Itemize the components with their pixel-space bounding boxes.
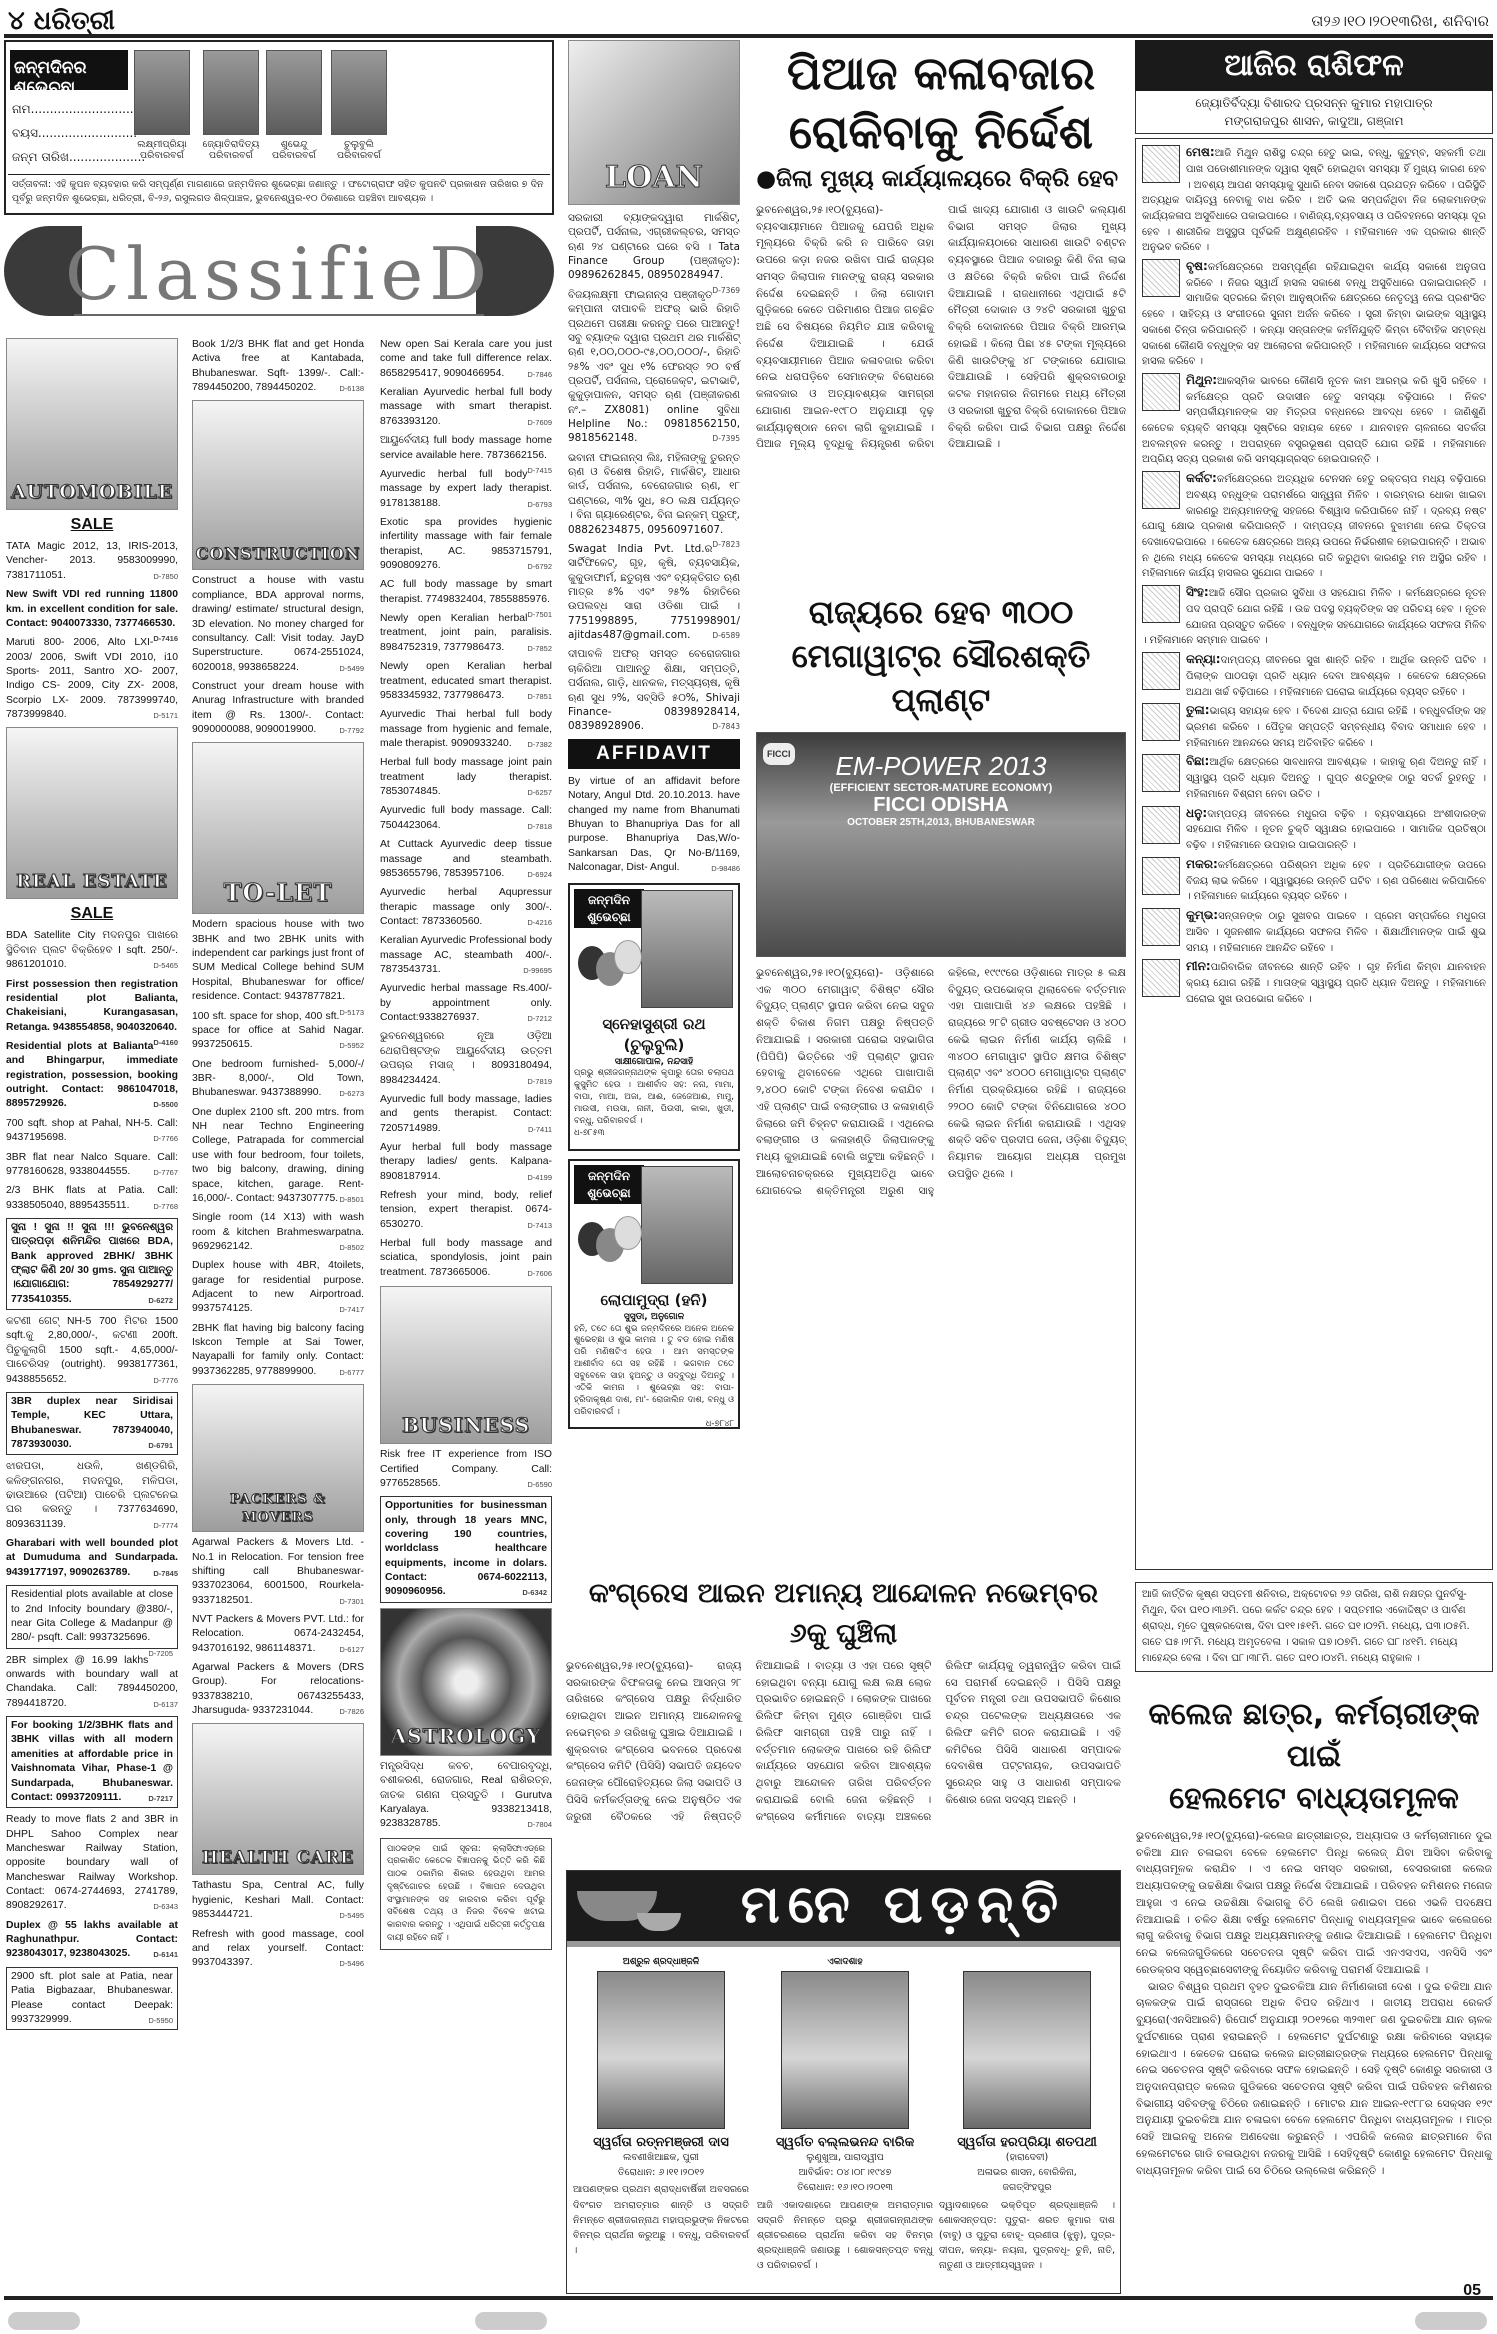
balloons-icon: [574, 932, 734, 1002]
sign-name: ବିଛା:: [1186, 754, 1209, 768]
photo-banner-sub: (EFFICIENT SECTOR-MATURE ECONOMY): [757, 782, 1125, 794]
ad-text: Tathastu Spa, Central AC, fully hygienic…: [192, 1880, 364, 1920]
sale-subhead: SALE: [6, 903, 178, 925]
banner-underline: [74, 314, 484, 316]
ad-code: D-7826: [339, 1707, 364, 1717]
scrollbar-thumb[interactable]: [1415, 2312, 1487, 2330]
horoscope-body: ମେଷ:ଆଜି ମିଥୁନ ରାଶିସ୍ଥ ଚନ୍ଦ୍ର ହେତୁ ଭାଇ, ବ…: [1135, 138, 1493, 1570]
ad-text: NVT Packers & Movers PVT. Ltd.: for Relo…: [192, 1614, 364, 1654]
classified-ad: ବିଜୟଲକ୍ଷ୍ମୀ ଫାଇନାନ୍ସ ପଞ୍ଜୀକୃତ କମ୍ପାନୀ ଦୀ…: [568, 288, 740, 446]
horoscope-sign: ବୃଷ:କର୍ମକ୍ଷେତ୍ରରେ ଅସମ୍ପୂର୍ଣ୍ଣ ରହିଯାଇଥିବା…: [1142, 257, 1486, 370]
obituary-card: ଅଶ୍ରୁଳ ଶ୍ରଦ୍ଧାଞ୍ଜଳି ସ୍ୱର୍ଗତା ରତ୍ନମଞ୍ଜରୀ …: [573, 1957, 749, 2258]
sign-text: ପାରିବାରିକ ଜୀବନରେ ଶାନ୍ତି ରହିବ । ଗୃହ ନିର୍ମ…: [1186, 962, 1486, 1005]
ad-code: D-6590: [527, 1480, 552, 1490]
sign-text: ଆର୍ଥିକ କ୍ଷେତ୍ରରେ ସାବଧାନତା ଆବଶ୍ୟକ । କାହାକ…: [1186, 757, 1486, 800]
ad-code: D-5952: [339, 1041, 364, 1051]
ad-text: Gharabari with well bounded plot at Dumu…: [6, 1538, 178, 1578]
horoscope-sign: ମୀନ:ପାରିବାରିକ ଜୀବନରେ ଶାନ୍ତି ରହିବ । ଗୃହ ନ…: [1142, 957, 1486, 1007]
obituary-photo: [781, 1971, 909, 2129]
sign-name: ବୃଷ:: [1186, 259, 1208, 273]
obituary-section: ମନେ ପଡ଼ନ୍ତି ଅଶ୍ରୁଳ ଶ୍ରଦ୍ଧାଞ୍ଜଳି ସ୍ୱର୍ଗତା…: [566, 1870, 1121, 2294]
congress-story-body: ଭୁବନେଶ୍ୱର,୨୫।୧୦(ବ୍ୟୁରୋ)- ରାଜ୍ୟ ସରକାରଙ୍କ …: [566, 1658, 1121, 1896]
classified-ad: କଟଣୀ ଗେଟ୍ NH-5 700 ମିଟର 1500 sqft.କୁ 2,8…: [6, 1315, 178, 1387]
ad-text: Risk free IT experience from ISO Certifi…: [380, 1449, 552, 1489]
construction-category-image: CONSTRUCTION: [192, 400, 364, 570]
health-care-ads: Tathastu Spa, Central AC, fully hygienic…: [192, 1879, 364, 1970]
sign-text: କର୍ମକ୍ଷେତ୍ରରେ ଅତ୍ୟଧିକ ଟେନସନ ହେତୁ ରକ୍ତଚାପ…: [1142, 474, 1486, 579]
horoscope-section: ଆଜିର ରାଶିଫଳ ଜ୍ୟୋତିର୍ବିଦ୍ୟା ବିଶାରଦ ପ୍ରସନ୍…: [1135, 40, 1493, 1570]
obituary-detail: ଜଗତ୍‌ସିଂହପୁର: [939, 2180, 1115, 2195]
classified-column-2: Book 1/2/3 BHK flat and get Honda Activa…: [192, 338, 364, 1976]
ad-code: D-7852: [527, 644, 552, 654]
obituary-name: ସ୍ୱର୍ଗତା ରତ୍ନମଞ୍ଜରୀ ଦାସ: [573, 2135, 749, 2150]
helmet-story-body-2: ଭାରତ ବିଶ୍ୱର ପ୍ରଥମ ବୃହତ ଦୁଇଚକିଆ ଯାନ ନିର୍ମ…: [1136, 1979, 1492, 2180]
category-label: HEALTH CARE: [193, 1847, 363, 1870]
birthday-ad-title: ଜନ୍ମଦିନ ଶୁଭେଚ୍ଛା: [574, 889, 644, 928]
classified-ad: 100 sft. space for shop, 400 sft. space …: [192, 1010, 364, 1053]
obituary-detail: ଲବଣୀଖିଆଛକ, ପୁରୀ: [573, 2150, 749, 2165]
ad-code: D-5499: [339, 664, 364, 674]
solar-headline-line1: ରାଜ୍ୟରେ ହେବ ୩୦୦: [756, 590, 1126, 634]
horoscope-sign: ଧନୁ:ଦାମ୍ପତ୍ୟ ଜୀବନରେ ମଧୁରତା ବଢ଼ିବ । ବ୍ୟବସ…: [1142, 804, 1486, 854]
photo-banner-date: OCTOBER 25TH,2013, BHUBANESWAR: [757, 817, 1125, 828]
ad-text: BDA Satellite City ମଦନପୁର ପାଖରେ ସ୍ଥିତିବା…: [6, 930, 178, 970]
business-ads: Risk free IT experience from ISO Certifi…: [380, 1448, 552, 1603]
classified-ad: For booking 1/2/3BHK flats and 3BHK vill…: [6, 1716, 178, 1808]
classified-ad: Residential plots available at close to …: [6, 1585, 178, 1648]
ad-code: ଧ-୭୮୫୩: [574, 1128, 734, 1140]
classified-ad: New Swift VDI red running 11800 km. in e…: [6, 588, 178, 631]
ad-text: For booking 1/2/3BHK flats and 3BHK vill…: [11, 1720, 173, 1803]
balloons-icon: [574, 1208, 734, 1278]
ad-code: D-7776: [153, 1376, 178, 1386]
classified-ad: Duplex house with 4BR, 4toilets, garage …: [192, 1259, 364, 1316]
ad-text: ବିଜୟଲକ୍ଷ୍ମୀ ଫାଇନାନ୍ସ ପଞ୍ଜୀକୃତ କମ୍ପାନୀ ଦୀ…: [568, 289, 740, 445]
obituary-card: ଏକାଦଶାହ ସ୍ୱର୍ଗତ ବଲ୍ଲଭନନ୍ଦ ବାରିକ ଲୁଣୁଖୁଆ,…: [757, 1957, 933, 2274]
child-family: ପରିବାରବର୍ଗ: [331, 150, 387, 161]
category-label: AUTOMOBILE: [7, 479, 177, 505]
ad-text: 2BHK flat having big balcony facing Iskc…: [192, 1323, 364, 1377]
ad-code: D-6589: [712, 631, 740, 641]
zodiac-sign-icon: [1142, 259, 1180, 297]
ad-code: D-7846: [527, 370, 552, 380]
solar-story: ରାଜ୍ୟରେ ହେବ ୩୦୦ ମେଗାୱାଟ୍‌ର ସୌରଶକ୍ତି ପ୍ଲା…: [756, 590, 1126, 1435]
ad-code: D-6137: [153, 1700, 178, 1710]
classified-ad: Duplex @ 55 lakhs available at Raghunath…: [6, 1919, 178, 1962]
classified-ad: BDA Satellite City ମଦନପୁର ପାଖରେ ସ୍ଥିତିବା…: [6, 929, 178, 972]
author-name: ଜ୍ୟୋତିର୍ବିଦ୍ୟା ବିଶାରଦ ପ୍ରସନ୍ନ କୁମାର ମହାପ…: [1136, 94, 1492, 112]
classified-ad: ଆୟୁର୍ବେଦୀୟ full body massage home servic…: [380, 434, 552, 463]
ad-text: 700 sqft. shop at Pahal, NH-5. Call: 943…: [6, 1118, 178, 1143]
ad-text: Swagat India Pvt. Ltd.ର ସାର୍ଟିଫିକେଟ୍, ଗୃ…: [568, 543, 740, 641]
obituary-photo: [963, 1971, 1091, 2129]
horoscope-sign: କନ୍ୟା:ଦାମ୍ପତ୍ୟ ଜୀବନରେ ସୁଖ ଶାନ୍ତି ରହିବ । …: [1142, 650, 1486, 700]
classified-ad: Ayurvedic herbal Aqupressur therapic mas…: [380, 886, 552, 929]
child-photo-card: ଚୁଲୁବୁଲିପରିବାରବର୍ଗ: [331, 50, 387, 161]
child-photo-card: ଜ୍ୟୋତିରାଦିତ୍ୟପରିବାରବର୍ଗ: [200, 50, 262, 161]
ad-text: 3BR flat near Nalco Square. Call: 977816…: [6, 1152, 178, 1177]
ad-code: D-5173: [339, 1008, 364, 1018]
ad-text: Ayurvedic full body massage, ladies and …: [380, 1094, 552, 1134]
ad-text: 2BR simplex @ 16.99 lakhs onwards with b…: [6, 1655, 178, 1709]
ad-code: D-7415: [527, 466, 552, 476]
horoscope-sign: ତୁଳା:ଭାଗ୍ୟ ସହାୟକ ହେବ । ବିଦେଶ ଯାତ୍ରା ଯୋଗ …: [1142, 701, 1486, 751]
classified-ad: Modern spacious house with two 3BHK and …: [192, 918, 364, 1004]
ad-text: Agarwal Packers & Movers (DRS Group). Fo…: [192, 1662, 364, 1716]
classified-ad: 700 sqft. shop at Pahal, NH-5. Call: 943…: [6, 1117, 178, 1146]
classified-title: ClassifieD: [54, 230, 504, 318]
sign-name: ସିଂହ:: [1186, 585, 1209, 599]
scrollbar-thumb[interactable]: [475, 2312, 547, 2330]
sign-text: ଭାଗ୍ୟ ସହାୟକ ହେବ । ବିଦେଶ ଯାତ୍ରା ଯୋଗ ରହିଛି…: [1186, 706, 1486, 749]
ad-text: By virtue of an affidavit before Notary,…: [568, 776, 740, 873]
obituary-message: ଦ୍ୱାଦଶାହରେ ଭକ୍ତିପୂତ ଶ୍ରଦ୍ଧାଞ୍ଜଳି । ଶୋକସନ…: [939, 2198, 1115, 2274]
ad-text: Agarwal Packers & Movers Ltd. - No.1 in …: [192, 1537, 364, 1605]
classified-ad: At Cuttack Ayurvedic deep tissue massage…: [380, 838, 552, 881]
header-rule: [4, 34, 1493, 38]
child-photo: [203, 50, 259, 135]
ad-code: D-7767: [153, 1168, 178, 1178]
ad-code: D-7792: [339, 726, 364, 736]
ad-text: Exotic spa provides hygienic infertility…: [380, 517, 552, 571]
category-label: PACKERS & MOVERS: [193, 1491, 363, 1527]
astrology-category-image: ASTROLOGY: [380, 1608, 552, 1756]
lead-subhead: ●ଜିଲା ମୁଖ୍ୟ କାର୍ଯ୍ୟାଳୟରେ ବିକ୍ରି ହେବ: [756, 162, 1126, 196]
child-photo: [331, 50, 387, 135]
ad-code: ଧ-୭୮୪୮: [574, 1419, 734, 1431]
ad-text: Duplex house with 4BR, 4toilets, garage …: [192, 1260, 364, 1314]
zodiac-sign-icon: [1142, 908, 1180, 946]
obituary-detail: ଅଳାଭର ଶାସନ, ବୋରିକିନା,: [939, 2165, 1115, 2180]
ad-code: D-5950: [148, 2016, 173, 2026]
ad-code: D-6777: [339, 1368, 364, 1378]
classified-ad: 2BHK flat having big balcony facing Iskc…: [192, 1322, 364, 1379]
ad-text: Ayurvedic herbal full body massage by ex…: [380, 469, 552, 509]
ad-text: ସରକାରୀ ବ୍ୟାଙ୍କଦ୍ୱାରା ମାର୍କଶିଟ୍, ପ୍ରପର୍ଟି…: [568, 212, 740, 281]
zodiac-sign-icon: [1142, 703, 1180, 741]
ad-text: Newly open Keralian herbal treatment, ed…: [380, 661, 552, 701]
child-photo: [134, 50, 190, 135]
birthday-place: ସାକ୍ଷୀଗୋପାଳ, ନନ୍ଦସାହି: [574, 1056, 734, 1068]
affidavit-header: AFFIDAVIT: [568, 739, 740, 769]
classified-ad: ଝାରପଡା, ଧଉଳି, ଖଣ୍ଡଗିରି, କଳିଙ୍ଗନଗର, ମଦନପୁ…: [6, 1460, 178, 1532]
ad-code: D-7205: [148, 1649, 173, 1659]
ad-code: D-7301: [339, 1597, 364, 1607]
ad-text: Book 1/2/3 BHK flat and get Honda Activa…: [192, 339, 364, 393]
sign-name: କର୍କଟ:: [1186, 471, 1217, 485]
classified-ad: Tathastu Spa, Central AC, fully hygienic…: [192, 1879, 364, 1922]
obituary-caption: ଅଶ୍ରୁଳ ଶ୍ରଦ୍ଧାଞ୍ଜଳି: [573, 1957, 749, 1971]
zodiac-sign-icon: [1142, 585, 1180, 623]
ad-code: D-6792: [527, 562, 552, 572]
congress-story: କଂଗ୍ରେସ ଆଇନ ଅମାନ୍ୟ ଆନ୍ଦୋଳନ ନଭେମ୍ବର ୬କୁ ଘ…: [566, 1574, 1121, 1896]
classified-ad: Ayur herbal full body massage therapy la…: [380, 1141, 552, 1184]
ad-code: D-7606: [527, 1269, 552, 1279]
horoscope-sign: ସିଂହ:ଆଜି ସୌର ପ୍ରକାର ସୁବିଧା ଓ ସହଯୋଗ ମିଳିବ…: [1142, 583, 1486, 649]
birthday-name: ଲୋପାମୁଦ୍ରା (ହନି): [574, 1290, 734, 1311]
classified-ad: Agarwal Packers & Movers (DRS Group). Fo…: [192, 1661, 364, 1718]
obituary-detail: ଲୁଣୁଖୁଆ, ପାରାଦ୍ୱୀପ: [757, 2150, 933, 2165]
real-estate-ads: BDA Satellite City ମଦନପୁର ପାଖରେ ସ୍ଥିତିବା…: [6, 929, 178, 2030]
child-photo-card: ଲକ୍ଷ୍ମୀପ୍ରିୟାପରିବାରବର୍ଗ: [134, 50, 190, 161]
ad-code: D-7395: [712, 434, 740, 444]
classified-ad: Residential plots at Balianta and Bhinga…: [6, 1040, 178, 1112]
photo-banner-org: FICCI ODISHA: [757, 794, 1125, 817]
category-label: BUSINESS: [381, 1412, 551, 1440]
ad-text: Modern spacious house with two 3BHK and …: [192, 919, 364, 1002]
category-label: CONSTRUCTION: [193, 543, 363, 565]
ad-text: First possession then registration resid…: [6, 979, 178, 1033]
coupon-title: ଜନ୍ମଦିନର ଶୁଭେଚ୍ଛା: [10, 50, 128, 90]
ad-text: Residential plots available at close to …: [11, 1589, 173, 1643]
ficci-logo: FICCI: [763, 743, 795, 765]
classified-ad: Refresh with good massage, cool and rela…: [192, 1928, 364, 1971]
ad-code: D-4160: [153, 1038, 178, 1048]
zodiac-sign-icon: [1142, 373, 1180, 411]
horoscope-sign: କୁମ୍ଭ:ସନ୍ତାନଙ୍କ ଠାରୁ ସୁଖବର ପାଇବେ । ପ୍ରେମ…: [1142, 906, 1486, 956]
classified-ad: Exotic spa provides hygienic infertility…: [380, 516, 552, 573]
to-let-ads: Modern spacious house with two 3BHK and …: [192, 918, 364, 1379]
horoscope-sign: ମେଷ:ଆଜି ମିଥୁନ ରାଶିସ୍ଥ ଚନ୍ଦ୍ର ହେତୁ ଭାଇ, ବ…: [1142, 143, 1486, 256]
ad-text: Refresh with good massage, cool and rela…: [192, 1929, 364, 1969]
business-category-image: BUSINESS: [380, 1286, 552, 1444]
ad-text: Single room (14 X13) with wash room & ki…: [192, 1212, 364, 1252]
ad-code: D-6273: [339, 1089, 364, 1099]
page-header: ୪ ଧରିତ୍ରୀ ତା୨୬।୧୦।୨୦୧୩ରିଖ, ଶନିବାର: [8, 6, 1489, 36]
classified-ad: One duplex 2100 sft. 200 mtrs. from NH n…: [192, 1106, 364, 1207]
ad-code: D-7766: [153, 1134, 178, 1144]
child-photo: [266, 50, 322, 135]
affidavit-ad: By virtue of an affidavit before Notary,…: [568, 775, 740, 876]
ad-text: Ayurvedic Thai herbal full body massage …: [380, 709, 552, 749]
classified-ad: Book 1/2/3 BHK flat and get Honda Activa…: [192, 338, 364, 395]
ad-code: D-7850: [153, 572, 178, 582]
sign-text: ଦାମ୍ପତ୍ୟ ଜୀବନରେ ସୁଖ ଶାନ୍ତି ରହିବ । ଆର୍ଥିକ…: [1186, 655, 1486, 698]
ad-code: D-8501: [339, 1195, 364, 1205]
ad-text: Ayurvedic herbal massage Rs.400/- by app…: [380, 983, 552, 1023]
child-name: ଶୁଭେନ୍ଦୁ: [266, 139, 322, 150]
category-label: REAL ESTATE: [7, 870, 177, 895]
ad-code: D-7416: [153, 634, 178, 644]
ad-code: D-6791: [148, 1441, 173, 1451]
author-address: ମଙ୍ଗରାଜପୁର ଶାସନ, କାଦୁଆ, ଗଞ୍ଜାମ: [1136, 112, 1492, 130]
automobile-category-image: AUTOMOBILE: [6, 338, 178, 510]
classified-ad: Ayurvedic full body massage, ladies and …: [380, 1093, 552, 1136]
congress-headline: କଂଗ୍ରେସ ଆଇନ ଅମାନ୍ୟ ଆନ୍ଦୋଳନ ନଭେମ୍ବର ୬କୁ ଘ…: [566, 1574, 1121, 1654]
helmet-headline-line1: କଲେଜ ଛାତ୍ର, କର୍ମଚାରୀଙ୍କ ପାଇଁ: [1136, 1694, 1492, 1778]
birthday-name: ସ୍ନେହାସୁଶ୍ରୀ ରଥ (ଚୁଲୁବୁଲି): [574, 1014, 734, 1055]
ad-text: New open Sai Kerala care you just come a…: [380, 339, 552, 379]
astrology-ads: ମନ୍ତ୍ରସିଦ୍ଧ କବଚ, ବେପାରବୃଦ୍ଧି, ବଶୀକରଣ, ରୋ…: [380, 1760, 552, 1832]
ad-code: D-98486: [711, 864, 740, 874]
obituary-message: ଆପଣଙ୍କର ପ୍ରଥମ ଶ୍ରାଦ୍ଧବାର୍ଷିକୀ ଅବସରରେ ଦିବ…: [573, 2182, 749, 2258]
obituary-name: ସ୍ୱର୍ଗତ ବଲ୍ଲଭନନ୍ଦ ବାରିକ: [757, 2135, 933, 2150]
sign-name: ଧନୁ:: [1186, 806, 1207, 820]
construction-ads: Construct a house with vastu compliance,…: [192, 574, 364, 737]
birthday-message: ପ୍ରଭୁ ଶ୍ରୀଜଗନ୍ନାଥଙ୍କ କୃପାରୁ ତୋର ଚଲାପଥ କୁ…: [574, 1068, 734, 1127]
ad-code: D-7411: [528, 1125, 552, 1135]
classified-banner: ClassifieD: [4, 220, 554, 320]
packers-category-image: PACKERS & MOVERS: [192, 1384, 364, 1532]
obituary-banner: ମନେ ପଡ଼ନ୍ତି: [567, 1871, 1120, 1947]
packers-ads: Agarwal Packers & Movers Ltd. - No.1 in …: [192, 1536, 364, 1718]
classified-ad: Newly open Keralian herbal treatment, ed…: [380, 660, 552, 703]
sign-name: ମିଥୁନ:: [1186, 373, 1217, 387]
sign-name: ମୀନ:: [1186, 959, 1211, 973]
ad-code: D-6257: [527, 788, 552, 798]
ad-code: D-6793: [527, 500, 552, 510]
ad-text: Ayurvedic herbal Aqupressur therapic mas…: [380, 887, 552, 927]
helmet-headline-line2: ହେଲମେଟ ବାଧ୍ୟତାମୂଳକ: [1136, 1778, 1492, 1820]
ad-text: ଭବାନୀ ଫାଇନାନ୍ସ ଲିଃ, ମହିଳାଙ୍କୁ ତୁରନ୍ତ ଋଣ …: [568, 452, 740, 536]
classified-ad: Newly open Keralian herbal treatment, jo…: [380, 612, 552, 655]
ad-text: 100 sft. space for shop, 400 sft. space …: [192, 1011, 364, 1051]
ad-text: କଟଣୀ ଗେଟ୍ NH-5 700 ମିଟର 1500 sqft.କୁ 2,8…: [6, 1316, 178, 1384]
ad-text: New Swift VDI red running 11800 km. in e…: [6, 589, 178, 629]
classified-ad: Gharabari with well bounded plot at Dumu…: [6, 1537, 178, 1580]
ad-code: D-5496: [339, 1959, 364, 1969]
ad-text: ଆୟୁର୍ବେଦୀୟ full body massage home servic…: [380, 435, 552, 460]
ad-text: One bedroom furnished- 5,000/-/ 3BR- 8,0…: [192, 1059, 364, 1099]
diya-lamp-icon: [637, 1913, 681, 1931]
ad-code: D-7369: [712, 286, 740, 296]
ad-code: D-6127: [339, 1645, 364, 1655]
ad-code: D-7768: [153, 1202, 178, 1212]
ad-text: ସୁନା ! ସୁନା !! ସୁନା !!! ଭୁବନେଶ୍ୱର ପାତ୍ରପ…: [11, 1222, 173, 1305]
loan-ads: ସରକାରୀ ବ୍ୟାଙ୍କଦ୍ୱାରା ମାର୍କଶିଟ୍, ପ୍ରପର୍ଟି…: [568, 211, 740, 734]
ad-code: D-4216: [527, 918, 552, 928]
ad-text: ଝାରପଡା, ଧଉଳି, ଖଣ୍ଡଗିରି, କଳିଙ୍ଗନଗର, ମଦନପୁ…: [6, 1461, 178, 1529]
flat-ads: Book 1/2/3 BHK flat and get Honda Activa…: [192, 338, 364, 395]
almanac-box: ଆଜି କାର୍ତ୍ତିକ କୃଷ୍ଣ ସପ୍ତମୀ ଶନିବାର, ଅକ୍ଟୋ…: [1135, 1582, 1493, 1672]
ad-code: D-5500: [153, 1100, 178, 1110]
ad-text: Opportunities for businessman only, thro…: [385, 1500, 547, 1597]
ad-code: D-7804: [527, 1820, 552, 1830]
ad-code: D-7382: [527, 740, 552, 750]
ad-text: At Cuttack Ayurvedic deep tissue massage…: [380, 839, 552, 879]
ad-text: 2/3 BHK flats at Patia. Call: 9338505040…: [6, 1185, 178, 1210]
birthday-ad: ଜନ୍ମଦିନ ଶୁଭେଚ୍ଛା ଲୋପାମୁଦ୍ରା (ହନି) ସୁସୁଡା…: [568, 1159, 740, 1429]
classified-ad: Ayurvedic full body massage. Call: 75044…: [380, 804, 552, 833]
ad-text: Herbal full body massage and sciatica, s…: [380, 1238, 552, 1278]
obituary-photo: [597, 1971, 725, 2129]
obituary-card: ସ୍ୱର୍ଗତା ହରପ୍ରିୟା ଶତପଥୀ (ହାରାଦେବୀ) ଅଳାଭର…: [939, 1957, 1115, 2274]
page-number-label: ୪ ଧରିତ୍ରୀ: [8, 6, 115, 36]
classified-ad: Construct a house with vastu compliance,…: [192, 574, 364, 675]
ad-code: D-5465: [153, 961, 178, 971]
to-let-category-image: TO-LET: [192, 742, 364, 914]
birthday-message: ହନି, ତତେ ତୋ ଶୁଭ ଜନ୍ମଦିନରେ ଅନେକ ଅନେକ ଶୁଭେ…: [574, 1324, 734, 1419]
ad-code: D-7845: [153, 1569, 178, 1579]
classified-ad: 3BR flat near Nalco Square. Call: 977816…: [6, 1151, 178, 1180]
classified-ad: Agarwal Packers & Movers Ltd. - No.1 in …: [192, 1536, 364, 1608]
ad-code: D-7417: [339, 1305, 364, 1315]
classified-ad: ଭୁବନେଶ୍ୱରରେ ନୂଆ ଓଡ଼ିଆ ଥେରାପିଷ୍ଟଙ୍କ ଆୟୁର୍…: [380, 1030, 552, 1087]
sign-text: ସନ୍ତାନଙ୍କ ଠାରୁ ସୁଖବର ପାଇବେ । ପ୍ରେମ ସମ୍ପର…: [1186, 911, 1486, 954]
ad-text: ଦୀପାବଳି ଅଫର୍ ସମସ୍ତ ବେରୋଜଗାର ଚାକିରିଆ ପାଆନ…: [568, 648, 740, 732]
sign-text: କର୍ମକ୍ଷେତ୍ରରେ ଅସମ୍ପୂର୍ଣ୍ଣ ରହିଯାଇଥିବା କାର…: [1142, 262, 1486, 367]
sign-name: ତୁଳା:: [1186, 703, 1210, 717]
ad-text: Construct a house with vastu compliance,…: [192, 575, 364, 672]
ad-text: Maruti 800- 2006, Alto LXI- 2003/ 2006, …: [6, 637, 178, 720]
ad-text: Herbal full body massage joint pain trea…: [380, 757, 552, 797]
ad-code: D-8502: [339, 1243, 364, 1253]
child-name: ଚୁଲୁବୁଲି: [331, 139, 387, 150]
sign-name: ମକର:: [1186, 857, 1218, 871]
classified-ad: Ayurvedic Thai herbal full body massage …: [380, 708, 552, 751]
real-estate-category-image: REAL ESTATE: [6, 727, 178, 899]
classified-ad: ଭବାନୀ ଫାଇନାନ୍ସ ଲିଃ, ମହିଳାଙ୍କୁ ତୁରନ୍ତ ଋଣ …: [568, 451, 740, 537]
classified-ad: ଦୀପାବଳି ଅଫର୍ ସମସ୍ତ ବେରୋଜଗାର ଚାକିରିଆ ପାଆନ…: [568, 647, 740, 733]
classified-column-3: New open Sai Kerala care you just come a…: [380, 338, 552, 1950]
classified-ad: Single room (14 X13) with wash room & ki…: [192, 1211, 364, 1254]
obituary-detail: (ହାରାଦେବୀ): [939, 2150, 1115, 2165]
classified-ad: ସୁନା ! ସୁନା !! ସୁନା !!! ଭୁବନେଶ୍ୱର ପାତ୍ରପ…: [6, 1218, 178, 1310]
classified-ad: NVT Packers & Movers PVT. Ltd.: for Relo…: [192, 1613, 364, 1656]
sign-name: କୁମ୍ଭ:: [1186, 908, 1218, 922]
obituary-caption: ଏକାଦଶାହ: [757, 1957, 933, 1971]
ad-text: Duplex @ 55 lakhs available at Raghunath…: [6, 1920, 178, 1960]
classified-ad: Risk free IT experience from ISO Certifi…: [380, 1448, 552, 1491]
classified-ad: First possession then registration resid…: [6, 978, 178, 1035]
sale-subhead: SALE: [6, 514, 178, 536]
ad-code: D-7212: [527, 1014, 552, 1024]
ad-code: D-7774: [153, 1521, 178, 1531]
ficci-event-photo: FICCI EM-POWER 2013 (EFFICIENT SECTOR-MA…: [756, 732, 1126, 957]
obituary-caption: [939, 1957, 1115, 1971]
child-family: ପରିବାରବର୍ଗ: [266, 150, 322, 161]
ad-text: One duplex 2100 sft. 200 mtrs. from NH n…: [192, 1107, 364, 1204]
horoscope-author: ଜ୍ୟୋତିର୍ବିଦ୍ୟା ବିଶାରଦ ପ୍ରସନ୍ନ କୁମାର ମହାପ…: [1135, 91, 1493, 134]
lead-story: ପିଆଜ କଳାବଜାର ରୋକିବାକୁ ନିର୍ଦ୍ଦେଶ ●ଜିଲା ମୁ…: [756, 44, 1126, 572]
classified-ad: ମନ୍ତ୍ରସିଦ୍ଧ କବଚ, ବେପାରବୃଦ୍ଧି, ବଶୀକରଣ, ରୋ…: [380, 1760, 552, 1832]
classified-ad: Opportunities for businessman only, thro…: [380, 1496, 552, 1603]
massage-ads: New open Sai Kerala care you just come a…: [380, 338, 552, 1280]
classified-ad: Ayurvedic herbal full body massage by ex…: [380, 468, 552, 511]
scrollbar-thumb[interactable]: [8, 2312, 80, 2330]
zodiac-sign-icon: [1142, 145, 1180, 183]
zodiac-sign-icon: [1142, 806, 1180, 844]
classified-ad: Keralian Ayurvedic herbal full body mass…: [380, 386, 552, 429]
ad-text: Keralian Ayurvedic herbal full body mass…: [380, 387, 552, 427]
classified-ad: Ready to move flats 2 and 3BR in DHPL Sa…: [6, 1813, 178, 1914]
lead-story-body: ଭୁବନେଶ୍ୱର,୨୫।୧୦(ବ୍ୟୁରୋ)- ବ୍ୟବସାୟୀମାନେ ପି…: [756, 202, 1126, 572]
solar-story-body: ଭୁବନେଶ୍ୱର,୨୫।୧୦(ବ୍ୟୁରୋ)- ଓଡ଼ିଶାରେ ଏକ ୩୦୦…: [756, 965, 1126, 1435]
horoscope-sign: ମିଥୁନ:ଆକସ୍ମିକ ଭାବରେ କୌଣସି ନୂତନ କାମ ଆରମ୍ଭ…: [1142, 371, 1486, 468]
reader-notice: ପାଠକଙ୍କ ପାଇଁ ସୂଚନା: କ୍ଲାସିଫାଏଡ୍‌ରେ ପ୍ରକା…: [380, 1838, 552, 1950]
child-family: ପରିବାରବର୍ଗ: [134, 150, 190, 161]
ad-code: D-6138: [339, 384, 364, 394]
obituary-detail: ତିରୋଧାନ: ୬।୧୧।୨୦୧୨: [573, 2165, 749, 2180]
ad-code: D-7851: [527, 692, 552, 702]
ad-text: TATA Magic 2012, 13, IRIS-2013, Vencher-…: [6, 541, 178, 581]
zodiac-sign-icon: [1142, 652, 1180, 690]
obituary-name: ସ୍ୱର୍ଗତା ହରପ୍ରିୟା ଶତପଥୀ: [939, 2135, 1115, 2150]
classified-column-4: LOAN ସରକାରୀ ବ୍ୟାଙ୍କଦ୍ୱାରା ମାର୍କଶିଟ୍, ପ୍ର…: [568, 40, 740, 1437]
horoscope-sign: କର୍କଟ:କର୍ମକ୍ଷେତ୍ରରେ ଅତ୍ୟଧିକ ଟେନସନ ହେତୁ ର…: [1142, 469, 1486, 582]
horoscope-title: ଆଜିର ରାଶିଫଳ: [1135, 40, 1493, 91]
ad-code: D-99695: [523, 966, 552, 976]
coupon-field-name: ନାମ............................: [12, 102, 137, 117]
category-label: TO-LET: [193, 876, 363, 909]
coupon-field-dob: ଜନ୍ମ ତାରିଖ....................: [12, 150, 145, 165]
sign-text: ଦାମ୍ପତ୍ୟ ଜୀବନରେ ମଧୁରତା ବଢ଼ିବ । ବ୍ୟବସାୟରେ…: [1186, 809, 1486, 852]
solar-headline-line2: ମେଗାୱାଟ୍‌ର ସୌରଶକ୍ତି ପ୍ଲାଣ୍ଟ: [756, 634, 1126, 722]
ad-code: D-6342: [522, 1588, 547, 1598]
ad-code: D-5495: [339, 1911, 364, 1921]
obituary-title: ମନେ ପଡ଼ନ୍ତି: [697, 1875, 1110, 1936]
obituary-message: ଆଜି ଏକାଦଶାହରେ ଆପଣଙ୍କ ଅମରାତ୍ମାର ସଦ୍‌ଗତି ନ…: [757, 2198, 933, 2274]
